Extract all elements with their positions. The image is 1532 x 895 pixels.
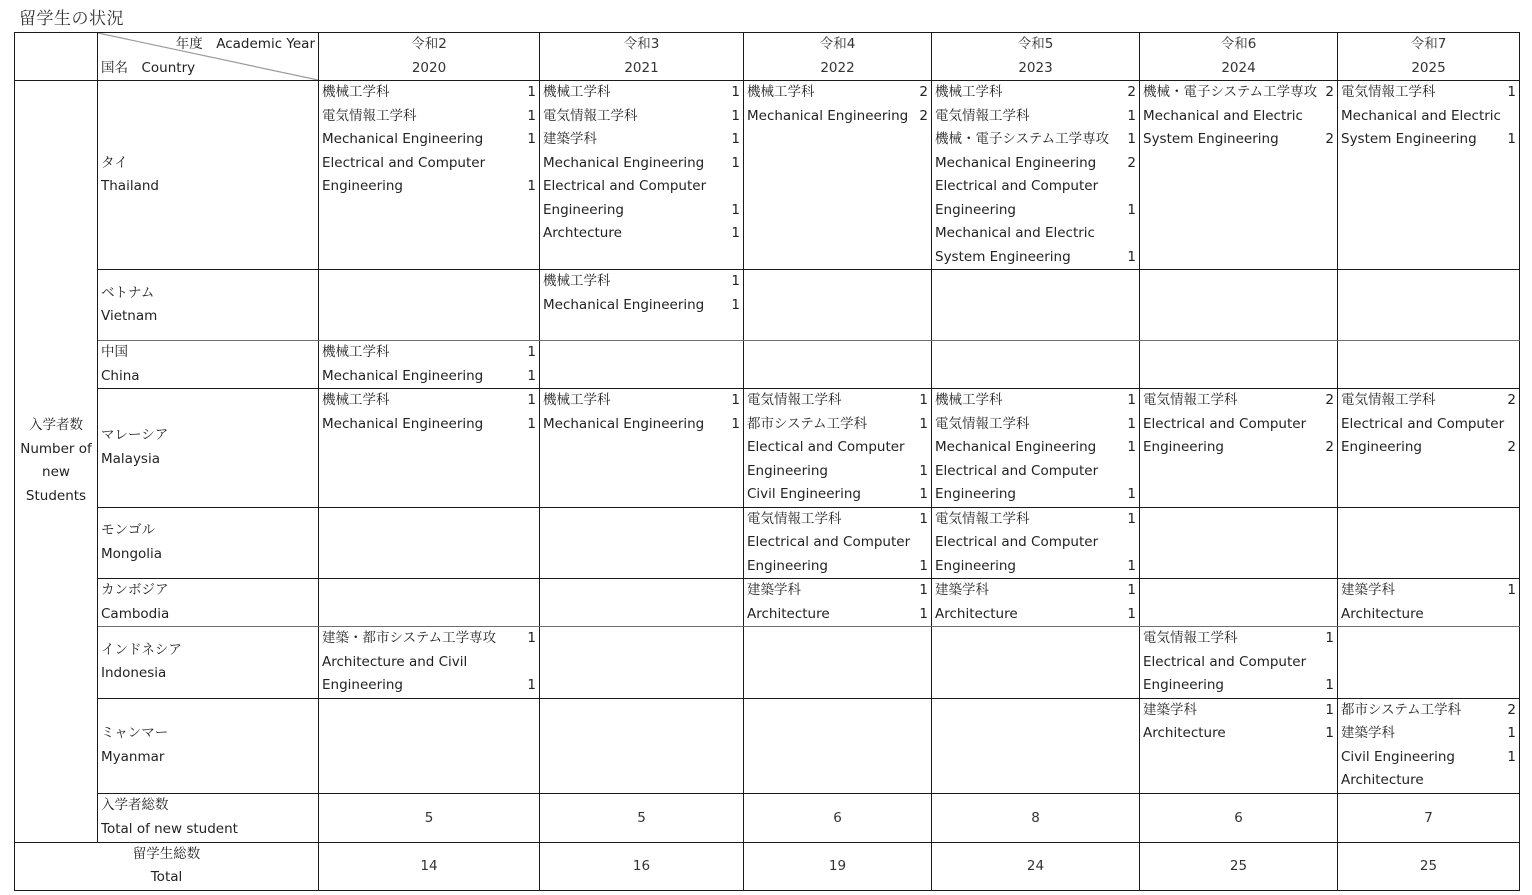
country-name-cell: ミャンマーMyanmar (98, 698, 319, 793)
department-entry: 建築学科1 (543, 128, 740, 152)
country-name-en: Myanmar (101, 746, 318, 770)
era-label: 令和3 (540, 33, 743, 57)
department-entry: 電気情報工学科1 (322, 105, 536, 129)
student-count: 1 (523, 365, 536, 389)
country-name-cell: マレーシアMalaysia (98, 389, 319, 508)
enrollment-cell: 建築学科1Architecture (1338, 579, 1520, 627)
department-name: 電気情報工学科 (747, 389, 842, 413)
student-count: 1 (915, 508, 928, 532)
student-count: 1 (1123, 199, 1136, 223)
new-student-total-row: 入学者総数Total of new student556867 (15, 793, 1520, 842)
student-count: 1 (1503, 128, 1516, 152)
enrollment-cell (1140, 579, 1338, 627)
department-name: 電気情報工学科 (1341, 81, 1436, 105)
student-count: 1 (1123, 508, 1136, 532)
enrollment-cell: 機械工学科2電気情報工学科1機械・電子システム工学専攻1Mechanical E… (932, 81, 1140, 270)
department-entry: 電気情報工学科2 (1341, 389, 1516, 413)
student-count: 2 (1321, 389, 1334, 413)
enrollment-cell (932, 341, 1140, 389)
department-name: 機械工学科 (322, 341, 390, 365)
student-count: 1 (1123, 413, 1136, 437)
department-entry: 電気情報工学科1 (935, 105, 1136, 129)
total-label-line: 留学生総数 (15, 843, 318, 867)
student-count: 1 (523, 341, 536, 365)
student-count: 1 (1321, 699, 1334, 723)
country-name-jp: ベトナム (101, 282, 318, 306)
student-count: 1 (915, 603, 928, 627)
department-entry: 機械工学科1 (322, 81, 536, 105)
department-entry: 機械工学科2 (935, 81, 1136, 105)
student-count: 1 (915, 413, 928, 437)
header-corner-cell: 年度 Academic Year 国名 Country (98, 33, 319, 81)
enrollment-cell: 建築学科1Architecture1 (932, 579, 1140, 627)
student-count: 2 (1123, 152, 1136, 176)
department-entry: Architecture and Civil (322, 651, 536, 675)
student-count: 1 (523, 175, 536, 199)
year-header-2023: 令和52023 (932, 33, 1140, 81)
country-name-jp: 中国 (101, 341, 318, 365)
enrollment-cell (932, 627, 1140, 699)
country-name-jp: カンボジア (101, 579, 318, 603)
student-count (1512, 105, 1516, 129)
student-count (1330, 651, 1334, 675)
department-entry: 機械工学科2 (747, 81, 928, 105)
enrollment-cell (540, 579, 744, 627)
department-name: System Engineering (1341, 128, 1477, 152)
total-label-line: 入学者総数 (101, 794, 318, 818)
department-name: Architecture (1341, 603, 1424, 627)
student-count: 1 (727, 105, 740, 129)
country-name-cell: カンボジアCambodia (98, 579, 319, 627)
department-entry: Engineering1 (935, 483, 1136, 507)
enrollment-cell: 機械工学科1電気情報工学科1Mechanical Engineering1Ele… (932, 389, 1140, 508)
student-count: 1 (523, 128, 536, 152)
student-count: 1 (1503, 746, 1516, 770)
department-name: 建築学科 (747, 579, 801, 603)
enrollment-cell (540, 698, 744, 793)
department-entry: Architecture1 (747, 603, 928, 627)
new-student-total-value: 5 (540, 793, 744, 842)
department-entry: Civil Engineering1 (1341, 746, 1516, 770)
enrollment-cell: 建築学科1Architecture1 (1140, 698, 1338, 793)
department-entry: Electrical and Computer (1143, 651, 1334, 675)
department-entry: 建築学科1 (1143, 699, 1334, 723)
page-title: 留学生の状況 (19, 4, 124, 29)
year-label: 2024 (1140, 57, 1337, 81)
enrollment-cell: 都市システム工学科2建築学科1Civil Engineering1Archite… (1338, 698, 1520, 793)
department-name: Mechanical Engineering (935, 152, 1096, 176)
department-entry: 機械・電子システム工学専攻1 (935, 128, 1136, 152)
department-name: Electrical and Computer (747, 531, 910, 555)
department-name: Architecture (1341, 769, 1424, 793)
department-name: Architecture (935, 603, 1018, 627)
department-entry: 建築学科1 (747, 579, 928, 603)
department-entry: Electrical and Computer (322, 152, 536, 176)
department-entry: 建築学科1 (1341, 579, 1516, 603)
department-name: 機械・電子システム工学専攻 (935, 128, 1109, 152)
student-count: 1 (727, 199, 740, 223)
department-name: 建築学科 (935, 579, 989, 603)
department-entry: 建築学科1 (1341, 722, 1516, 746)
grand-total-value: 24 (932, 842, 1140, 890)
year-header-2021: 令和32021 (540, 33, 744, 81)
student-count (1512, 769, 1516, 793)
student-count: 1 (1123, 579, 1136, 603)
group-label-line: new (15, 461, 97, 485)
department-name: Engineering (935, 199, 1016, 223)
student-count (1132, 460, 1136, 484)
department-entry: 電気情報工学科1 (1341, 81, 1516, 105)
student-count: 1 (915, 389, 928, 413)
department-name: Architecture (1143, 722, 1226, 746)
enrollment-cell (1338, 507, 1520, 579)
era-label: 令和2 (319, 33, 539, 57)
department-name: Mechanical Engineering (322, 128, 483, 152)
enrollment-cell (744, 270, 932, 341)
era-label: 令和5 (932, 33, 1139, 57)
department-name: 電気情報工学科 (1341, 389, 1436, 413)
country-name-jp: タイ (101, 152, 318, 176)
department-entry: Mechanical and Electric (935, 222, 1136, 246)
department-entry: Architecture1 (1143, 722, 1334, 746)
country-name-en: Malaysia (101, 448, 318, 472)
department-name: 建築・都市システム工学専攻 (322, 627, 496, 651)
grand-total-value: 25 (1140, 842, 1338, 890)
department-name: 建築学科 (543, 128, 597, 152)
country-row-mongolia: モンゴルMongolia電気情報工学科1Electrical and Compu… (15, 507, 1520, 579)
department-entry: Electrical and Computer (543, 175, 740, 199)
student-count: 2 (1123, 81, 1136, 105)
student-count: 1 (915, 460, 928, 484)
department-name: Electrical and Computer (543, 175, 706, 199)
enrollment-cell (319, 698, 540, 793)
enrollment-cell (1140, 270, 1338, 341)
department-entry: Civil Engineering1 (747, 483, 928, 507)
grand-total-row: 留学生総数Total141619242525 (15, 842, 1520, 890)
department-name: Mechanical Engineering (322, 413, 483, 437)
department-name: Electrical and Computer (935, 460, 1098, 484)
department-entry: Mechanical Engineering1 (322, 413, 536, 437)
department-name: 電気情報工学科 (935, 413, 1030, 437)
student-count: 1 (523, 674, 536, 698)
country-name-en: China (101, 365, 318, 389)
group-label-line: Number of (15, 438, 97, 462)
department-name: Mechanical Engineering (935, 436, 1096, 460)
student-count (532, 152, 536, 176)
department-name: 機械工学科 (543, 81, 611, 105)
department-name: 機械・電子システム工学専攻 (1143, 81, 1317, 105)
department-entry: Engineering1 (322, 175, 536, 199)
student-count (1132, 222, 1136, 246)
student-count (1330, 413, 1334, 437)
enrollment-cell (1338, 341, 1520, 389)
department-entry: Electrical and Computer (1341, 413, 1516, 437)
department-entry: Mechanical Engineering1 (322, 365, 536, 389)
student-count: 1 (1503, 722, 1516, 746)
new-students-group-label: 入学者数Number ofnewStudents (15, 81, 98, 843)
country-row-china: 中国China機械工学科1Mechanical Engineering1 (15, 341, 1520, 389)
new-student-total-value: 5 (319, 793, 540, 842)
student-count: 1 (727, 270, 740, 294)
student-count: 1 (1123, 603, 1136, 627)
year-header-2020: 令和22020 (319, 33, 540, 81)
department-name: Engineering (747, 555, 828, 579)
department-name: 電気情報工学科 (1143, 389, 1238, 413)
department-name: 機械工学科 (935, 389, 1003, 413)
department-entry: Electrical and Computer (935, 531, 1136, 555)
department-name: Engineering (1143, 674, 1224, 698)
department-entry: Mechanical Engineering1 (543, 152, 740, 176)
department-name: Electrical and Computer (935, 531, 1098, 555)
enrollment-cell (319, 579, 540, 627)
department-name: Electical and Computer (747, 436, 905, 460)
enrollment-cell (932, 698, 1140, 793)
department-entry: 建築・都市システム工学専攻1 (322, 627, 536, 651)
enrollment-cell: 機械工学科1Mechanical Engineering1 (540, 270, 744, 341)
department-name: Archtecture (543, 222, 622, 246)
department-name: Electrical and Computer (1143, 413, 1306, 437)
department-entry: 電気情報工学科1 (935, 508, 1136, 532)
department-name: 建築学科 (1143, 699, 1197, 723)
department-entry: 都市システム工学科2 (1341, 699, 1516, 723)
department-entry: Architecture (1341, 603, 1516, 627)
department-name: Engineering (322, 175, 403, 199)
department-entry: Engineering1 (322, 674, 536, 698)
department-entry: Mechanical Engineering1 (543, 294, 740, 318)
department-entry: Mechanical Engineering2 (747, 105, 928, 129)
student-count: 1 (915, 579, 928, 603)
country-row-indonesia: インドネシアIndonesia建築・都市システム工学専攻1Architectur… (15, 627, 1520, 699)
department-entry: Electical and Computer (747, 436, 928, 460)
enrollment-cell (1338, 627, 1520, 699)
enrollment-cell: 電気情報工学科1Mechanical and ElectricSystem En… (1338, 81, 1520, 270)
country-name-en: Thailand (101, 175, 318, 199)
grand-total-value: 16 (540, 842, 744, 890)
department-name: Mechanical and Electric (935, 222, 1095, 246)
student-count: 1 (523, 627, 536, 651)
year-label: 2021 (540, 57, 743, 81)
department-name: 都市システム工学科 (1341, 699, 1461, 723)
student-count: 2 (1321, 128, 1334, 152)
enrollment-cell (744, 341, 932, 389)
country-row-thailand: 入学者数Number ofnewStudentsタイThailand機械工学科1… (15, 81, 1520, 270)
department-name: 建築学科 (1341, 579, 1395, 603)
new-student-total-value: 6 (744, 793, 932, 842)
enrollment-cell: 建築・都市システム工学専攻1Architecture and CivilEngi… (319, 627, 540, 699)
department-name: 電気情報工学科 (322, 105, 417, 129)
department-name: Architecture (747, 603, 830, 627)
department-entry: Mechanical Engineering1 (543, 413, 740, 437)
department-name: 機械工学科 (543, 270, 611, 294)
department-entry: 機械工学科1 (322, 389, 536, 413)
country-label: 国名 Country (101, 57, 195, 81)
enrollment-cell: 電気情報工学科2Electrical and ComputerEngineeri… (1338, 389, 1520, 508)
department-name: Mechanical Engineering (543, 413, 704, 437)
enrollment-cell: 電気情報工学科1Electrical and ComputerEngineeri… (1140, 627, 1338, 699)
country-name-cell: モンゴルMongolia (98, 507, 319, 579)
grand-total-value: 19 (744, 842, 932, 890)
enrollment-cell: 機械工学科1Mechanical Engineering1 (540, 389, 744, 508)
country-name-cell: タイThailand (98, 81, 319, 270)
student-count (924, 531, 928, 555)
department-name: Architecture and Civil (322, 651, 467, 675)
country-row-malaysia: マレーシアMalaysia機械工学科1Mechanical Engineerin… (15, 389, 1520, 508)
student-count: 2 (1503, 389, 1516, 413)
department-entry: Engineering1 (935, 199, 1136, 223)
department-name: 電気情報工学科 (935, 105, 1030, 129)
department-entry: 都市システム工学科1 (747, 413, 928, 437)
enrollment-cell: 電気情報工学科2Electrical and ComputerEngineeri… (1140, 389, 1338, 508)
country-name-cell: ベトナムVietnam (98, 270, 319, 341)
department-name: 機械工学科 (543, 389, 611, 413)
student-count: 2 (1321, 81, 1334, 105)
department-name: Electrical and Computer (935, 175, 1098, 199)
enrollment-cell (744, 627, 932, 699)
student-count: 1 (727, 413, 740, 437)
student-count: 1 (1123, 483, 1136, 507)
department-name: Mechanical Engineering (543, 294, 704, 318)
student-count: 1 (1123, 105, 1136, 129)
student-count (1512, 413, 1516, 437)
student-count: 1 (1123, 128, 1136, 152)
department-entry: 電気情報工学科1 (1143, 627, 1334, 651)
new-student-total-value: 7 (1338, 793, 1520, 842)
student-count: 1 (1123, 555, 1136, 579)
country-name-en: Cambodia (101, 603, 318, 627)
department-entry: Archtecture1 (543, 222, 740, 246)
enrollment-cell (540, 627, 744, 699)
student-count: 1 (1321, 722, 1334, 746)
international-students-table: 年度 Academic Year 国名 Country 令和22020令和320… (14, 32, 1520, 891)
enrollment-cell (319, 270, 540, 341)
department-entry: Mechanical Engineering1 (322, 128, 536, 152)
department-entry: Engineering1 (543, 199, 740, 223)
enrollment-cell: 機械工学科1電気情報工学科1Mechanical Engineering1Ele… (319, 81, 540, 270)
country-name-jp: マレーシア (101, 424, 318, 448)
department-name: 機械工学科 (747, 81, 815, 105)
country-name-jp: ミャンマー (101, 722, 318, 746)
department-entry: 機械工学科1 (543, 270, 740, 294)
student-count: 1 (1123, 246, 1136, 270)
student-count: 1 (1503, 579, 1516, 603)
new-student-total-label: 入学者総数Total of new student (98, 793, 319, 842)
student-count: 2 (1503, 699, 1516, 723)
country-name-jp: モンゴル (101, 519, 318, 543)
student-count: 2 (1321, 436, 1334, 460)
department-name: Mechanical and Electric (1341, 105, 1501, 129)
enrollment-cell: 機械工学科2Mechanical Engineering2 (744, 81, 932, 270)
department-entry: 機械工学科1 (322, 341, 536, 365)
year-label: 2023 (932, 57, 1139, 81)
department-entry: 機械工学科1 (935, 389, 1136, 413)
country-name-en: Vietnam (101, 305, 318, 329)
student-count: 2 (1503, 436, 1516, 460)
student-count (1132, 531, 1136, 555)
department-name: Engineering (543, 199, 624, 223)
country-name-cell: インドネシアIndonesia (98, 627, 319, 699)
era-label: 令和7 (1338, 33, 1519, 57)
department-name: Engineering (1143, 436, 1224, 460)
student-count: 1 (523, 105, 536, 129)
department-name: Mechanical Engineering (322, 365, 483, 389)
department-name: Civil Engineering (1341, 746, 1455, 770)
enrollment-cell: 機械工学科1Mechanical Engineering1 (319, 341, 540, 389)
department-name: System Engineering (935, 246, 1071, 270)
student-count: 1 (727, 294, 740, 318)
department-entry: Architecture1 (935, 603, 1136, 627)
department-entry: Mechanical and Electric (1143, 105, 1334, 129)
student-count (924, 436, 928, 460)
total-label-line: Total of new student (101, 818, 318, 842)
grand-total-label: 留学生総数Total (15, 842, 319, 890)
student-count: 1 (727, 81, 740, 105)
enrollment-cell (540, 507, 744, 579)
department-name: Engineering (747, 460, 828, 484)
enrollment-cell: 機械工学科1Mechanical Engineering1 (319, 389, 540, 508)
student-count: 2 (915, 81, 928, 105)
department-entry: Engineering1 (747, 460, 928, 484)
department-name: Engineering (1341, 436, 1422, 460)
enrollment-cell: 機械工学科1電気情報工学科1建築学科1Mechanical Engineerin… (540, 81, 744, 270)
department-entry: Engineering1 (935, 555, 1136, 579)
enrollment-cell (1140, 507, 1338, 579)
enrollment-cell: 機械・電子システム工学専攻2Mechanical and ElectricSys… (1140, 81, 1338, 270)
department-name: Engineering (322, 674, 403, 698)
department-name: 電気情報工学科 (1143, 627, 1238, 651)
student-count: 2 (915, 105, 928, 129)
enrollment-cell: 電気情報工学科1Electrical and ComputerEngineeri… (744, 507, 932, 579)
enrollment-cell (540, 341, 744, 389)
header-blank-cell (15, 33, 98, 81)
year-header-2024: 令和62024 (1140, 33, 1338, 81)
department-entry: System Engineering1 (1341, 128, 1516, 152)
department-name: Electrical and Computer (1143, 651, 1306, 675)
student-count: 1 (727, 222, 740, 246)
department-name: 機械工学科 (322, 389, 390, 413)
department-entry: Engineering2 (1143, 436, 1334, 460)
department-name: Mechanical and Electric (1143, 105, 1303, 129)
department-name: Engineering (935, 555, 1016, 579)
student-count: 1 (1503, 81, 1516, 105)
department-entry: Engineering1 (747, 555, 928, 579)
student-count: 1 (1321, 674, 1334, 698)
department-entry: Electrical and Computer (1143, 413, 1334, 437)
department-entry: Mechanical Engineering1 (935, 436, 1136, 460)
enrollment-cell: 電気情報工学科1都市システム工学科1Electical and Computer… (744, 389, 932, 508)
department-entry: Electrical and Computer (935, 460, 1136, 484)
department-entry: 電気情報工学科1 (747, 389, 928, 413)
country-name-en: Indonesia (101, 662, 318, 686)
student-count: 1 (523, 413, 536, 437)
year-header-2022: 令和42022 (744, 33, 932, 81)
department-entry: 建築学科1 (935, 579, 1136, 603)
year-label: 2022 (744, 57, 931, 81)
student-count: 1 (915, 555, 928, 579)
department-entry: Engineering1 (1143, 674, 1334, 698)
department-entry: 機械工学科1 (543, 81, 740, 105)
enrollment-cell (319, 507, 540, 579)
department-name: 都市システム工学科 (747, 413, 867, 437)
country-name-en: Mongolia (101, 543, 318, 567)
department-entry: Mechanical and Electric (1341, 105, 1516, 129)
year-label: 2025 (1338, 57, 1519, 81)
department-entry: 電気情報工学科1 (935, 413, 1136, 437)
department-entry: 電気情報工学科2 (1143, 389, 1334, 413)
country-row-vietnam: ベトナムVietnam機械工学科1Mechanical Engineering1 (15, 270, 1520, 341)
department-name: 機械工学科 (322, 81, 390, 105)
department-name: 機械工学科 (935, 81, 1003, 105)
era-label: 令和6 (1140, 33, 1337, 57)
